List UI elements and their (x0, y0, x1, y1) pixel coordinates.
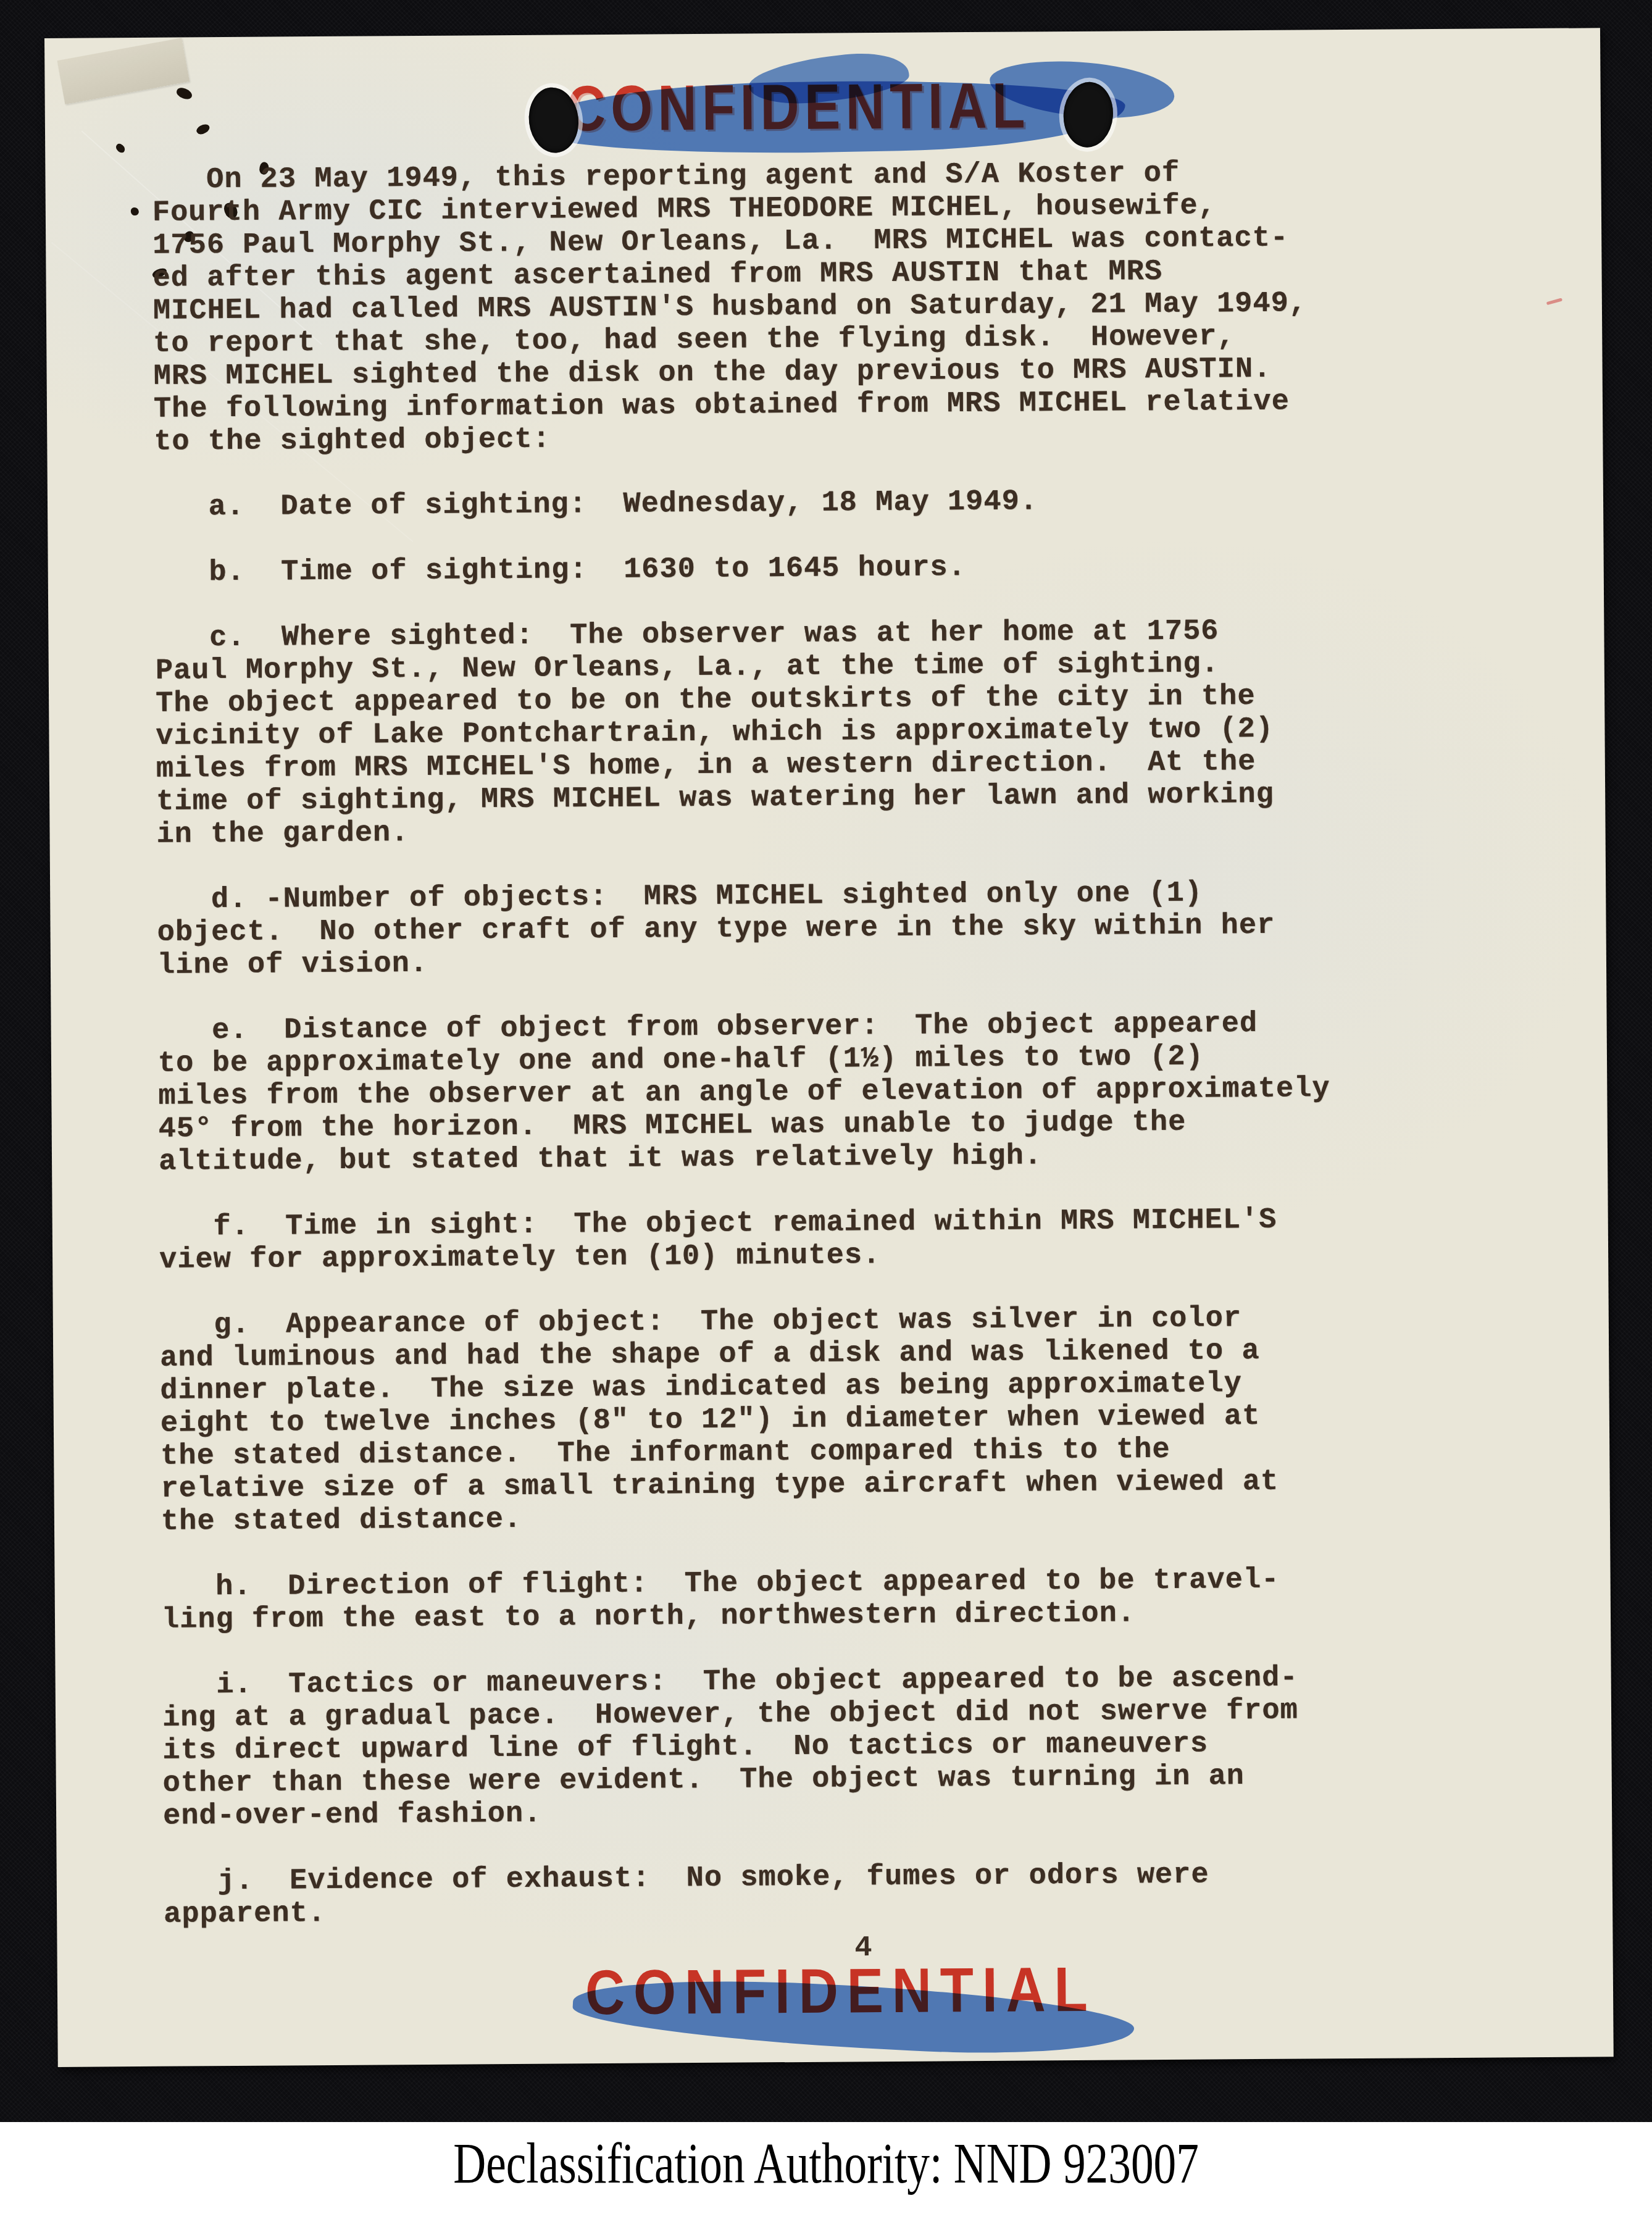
paragraph-item-a: a. Date of sighting: Wednesday, 18 May 1… (154, 483, 1374, 524)
paragraph-intro: On 23 May 1949, this reporting agent and… (152, 156, 1373, 459)
declassification-text: Declassification Authority: NND 923007 (453, 2134, 1199, 2192)
scanned-document-page: CONFIDENTIAL On 23 May 1949, this report… (0, 0, 1652, 2227)
declassification-strip: Declassification Authority: NND 923007 (0, 2122, 1652, 2227)
paragraph-item-c: c. Where sighted: The observer was at he… (155, 614, 1375, 851)
text-line: a. Date of sighting: Wednesday, 18 May 1… (154, 483, 1374, 524)
paper-tear-speck (114, 142, 127, 154)
paragraph-item-d: d. -Number of objects: MRS MICHEL sighte… (157, 876, 1377, 982)
paragraph-item-b: b. Time of sighting: 1630 to 1645 hours. (155, 549, 1374, 590)
paragraph-item-i: i. Tactics or maneuvers: The object appe… (162, 1661, 1383, 1833)
paragraph-item-e: e. Distance of object from observer: The… (157, 1007, 1378, 1179)
paragraph-item-h: h. Direction of flight: The object appea… (161, 1563, 1381, 1637)
paragraph-item-f: f. Time in sight: The object remained wi… (159, 1203, 1379, 1277)
paragraph-item-j: j. Evidence of exhaust: No smoke, fumes … (164, 1858, 1383, 1931)
paper-sheet: CONFIDENTIAL On 23 May 1949, this report… (44, 28, 1614, 2067)
red-ink-fleck (1546, 298, 1562, 305)
text-line: b. Time of sighting: 1630 to 1645 hours. (155, 549, 1374, 590)
typed-report-body: On 23 May 1949, this reporting agent and… (152, 156, 1383, 1964)
tape-patch (57, 38, 190, 104)
paper-tear-speck (175, 86, 194, 101)
paper-tear-speck (131, 207, 139, 215)
paper-tear-speck (195, 122, 211, 136)
paragraph-item-g: g. Appearance of object: The object was … (160, 1302, 1380, 1539)
